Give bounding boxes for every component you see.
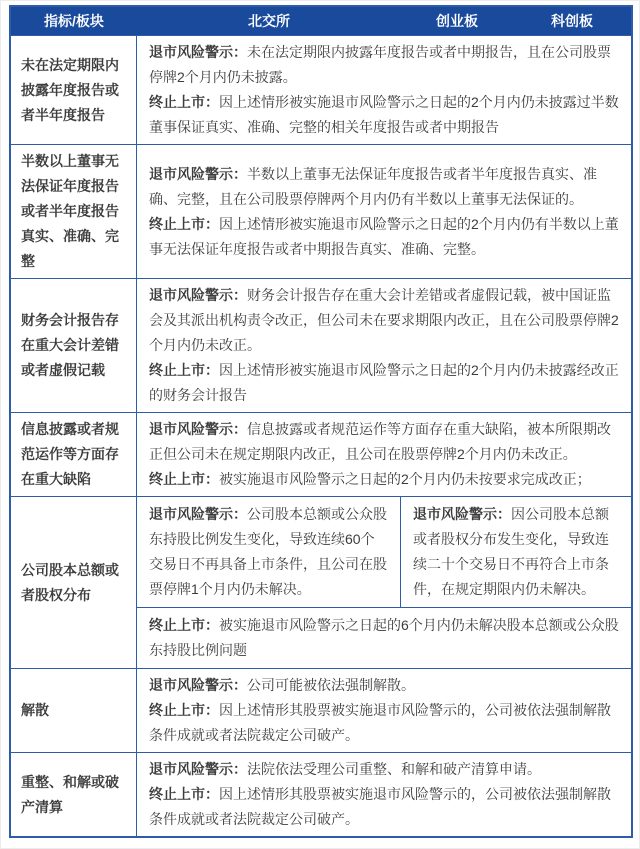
table-row-disclosure-defects: 信息披露或者规范运作等方面存在重大缺陷 退市风险警示：信息披露或者规范运作等方面… <box>11 412 631 496</box>
row-content: 退市风险警示：信息披露或者规范运作等方面存在重大缺陷，被本所限期改正但公司未在规… <box>137 413 631 496</box>
risk-warning-label: 退市风险警示： <box>149 506 247 522</box>
row-label: 财务会计报告存在重大会计差错或者虚假记载 <box>11 279 137 412</box>
table-header-row: 指标/板块 北交所 创业板 科创板 <box>11 7 631 35</box>
row-content: 退市风险警示：公司可能被依法强制解散。 终止上市：因上述情形其股票被实施退市风险… <box>137 669 631 752</box>
delisting-rules-page: 指标/板块 北交所 创业板 科创板 未在法定期限内披露年度报告或者半年度报告 退… <box>0 0 640 849</box>
risk-warning-label: 退市风险警示： <box>413 506 511 522</box>
row-label: 信息披露或者规范运作等方面存在重大缺陷 <box>11 413 137 496</box>
row-content: 退市风险警示：半数以上董事无法保证年度报告或者半年度报告真实、准确、完整，且在公… <box>137 145 631 278</box>
termination-text: 因上述情形其股票被实施退市风险警示的，公司被依法强制解散条件成就或者法院裁定公司… <box>149 786 611 827</box>
risk-warning-label: 退市风险警示： <box>149 761 247 777</box>
chinext-star-risk-warning-cell: 退市风险警示：因公司股本总额或者股权分布发生变化，导致连续二十个交易日不再符合上… <box>401 497 631 607</box>
table-row-dissolution: 解散 退市风险警示：公司可能被依法强制解散。 终止上市：因上述情形其股票被实施退… <box>11 668 631 752</box>
header-bse: 北交所 <box>137 9 401 34</box>
termination-text: 因上述情形被实施退市风险警示之日起的2个月内仍未披露过半数董事保证真实、准确、完… <box>149 94 619 135</box>
termination-label: 终止上市： <box>149 786 219 802</box>
bse-risk-warning-cell: 退市风险警示：公司股本总额或公众股东持股比例发生变化，导致连续60个交易日不再具… <box>137 497 401 607</box>
termination-label: 终止上市： <box>149 471 219 487</box>
termination-paragraph: 终止上市：因上述情形被实施退市风险警示之日起的2个月内仍未披露过半数董事保证真实… <box>149 90 619 140</box>
termination-paragraph: 终止上市：被实施退市风险警示之日起的2个月内仍未按要求完成改正； <box>149 467 619 492</box>
table-row-share-capital-distribution: 公司股本总额或者股权分布 退市风险警示：公司股本总额或公众股东持股比例发生变化，… <box>11 496 631 668</box>
header-star: 科创板 <box>513 9 631 34</box>
row-content: 退市风险警示：未在法定期限内披露年度报告或者中期报告，且在公司股票停牌2个月内仍… <box>137 36 631 144</box>
table-row-directors-cannot-guarantee: 半数以上董事无法保证年度报告或者半年度报告真实、准确、完整 退市风险警示：半数以… <box>11 144 631 278</box>
termination-text: 被实施退市风险警示之日起的6个月内仍未解决股本总额或公众股东持股比例问题 <box>149 617 619 658</box>
termination-label: 终止上市： <box>149 216 219 232</box>
termination-paragraph: 终止上市：因上述情形被实施退市风险警示之日起的2个月内仍有半数以上董事无法保证年… <box>149 212 619 262</box>
row-label: 解散 <box>11 669 137 752</box>
table-row-restructuring-bankruptcy: 重整、和解或破产清算 退市风险警示：法院依法受理公司重整、和解和破产清算申请。 … <box>11 752 631 836</box>
row-label: 未在法定期限内披露年度报告或者半年度报告 <box>11 36 137 144</box>
termination-text: 因上述情形其股票被实施退市风险警示的，公司被依法强制解散条件成就或者法院裁定公司… <box>149 702 611 743</box>
split-risk-warning-row: 退市风险警示：公司股本总额或公众股东持股比例发生变化，导致连续60个交易日不再具… <box>137 497 631 608</box>
risk-warning-label: 退市风险警示： <box>149 166 247 182</box>
termination-text: 因上述情形被实施退市风险警示之日起的2个月内仍有半数以上董事无法保证年度报告或者… <box>149 216 619 257</box>
termination-text: 被实施退市风险警示之日起的2个月内仍未按要求完成改正； <box>219 471 591 487</box>
risk-warning-label: 退市风险警示： <box>149 421 247 437</box>
table-row-annual-report-disclosure: 未在法定期限内披露年度报告或者半年度报告 退市风险警示：未在法定期限内披露年度报… <box>11 35 631 144</box>
termination-paragraph: 终止上市：被实施退市风险警示之日起的6个月内仍未解决股本总额或公众股东持股比例问… <box>149 613 619 663</box>
risk-warning-paragraph: 退市风险警示：半数以上董事无法保证年度报告或者半年度报告真实、准确、完整，且在公… <box>149 162 619 212</box>
termination-paragraph: 终止上市：因上述情形其股票被实施退市风险警示的，公司被依法强制解散条件成就或者法… <box>149 782 619 832</box>
termination-paragraph: 终止上市：因上述情形被实施退市风险警示之日起的2个月内仍未披露经改正的财务会计报… <box>149 358 619 408</box>
row-label: 半数以上董事无法保证年度报告或者半年度报告真实、准确、完整 <box>11 145 137 278</box>
risk-warning-label: 退市风险警示： <box>149 677 247 693</box>
risk-warning-paragraph: 退市风险警示：公司股本总额或公众股东持股比例发生变化，导致连续60个交易日不再具… <box>149 502 388 602</box>
risk-warning-paragraph: 退市风险警示：未在法定期限内披露年度报告或者中期报告，且在公司股票停牌2个月内仍… <box>149 40 619 90</box>
risk-warning-label: 退市风险警示： <box>149 287 247 303</box>
row-content: 退市风险警示：法院依法受理公司重整、和解和破产清算申请。 终止上市：因上述情形其… <box>137 753 631 836</box>
delisting-comparison-table: 指标/板块 北交所 创业板 科创板 未在法定期限内披露年度报告或者半年度报告 退… <box>9 5 633 838</box>
risk-warning-text: 法院依法受理公司重整、和解和破产清算申请。 <box>247 761 541 777</box>
row-label: 公司股本总额或者股权分布 <box>11 497 137 668</box>
termination-label: 终止上市： <box>149 702 219 718</box>
termination-label: 终止上市： <box>149 362 219 378</box>
risk-warning-label: 退市风险警示： <box>149 44 247 60</box>
table-row-financial-report-errors: 财务会计报告存在重大会计差错或者虚假记载 退市风险警示：财务会计报告存在重大会计… <box>11 278 631 412</box>
termination-label: 终止上市： <box>149 94 219 110</box>
termination-cell: 终止上市：被实施退市风险警示之日起的6个月内仍未解决股本总额或公众股东持股比例问… <box>137 608 631 668</box>
termination-text: 因上述情形被实施退市风险警示之日起的2个月内仍未披露经改正的财务会计报告 <box>149 362 619 403</box>
row-label: 重整、和解或破产清算 <box>11 753 137 836</box>
risk-warning-paragraph: 退市风险警示：信息披露或者规范运作等方面存在重大缺陷，被本所限期改正但公司未在规… <box>149 417 619 467</box>
row-content: 退市风险警示：财务会计报告存在重大会计差错或者虚假记载，被中国证监会及其派出机构… <box>137 279 631 412</box>
risk-warning-paragraph: 退市风险警示：公司可能被依法强制解散。 <box>149 673 619 698</box>
risk-warning-paragraph: 退市风险警示：因公司股本总额或者股权分布发生变化，导致连续二十个交易日不再符合上… <box>413 502 619 602</box>
risk-warning-paragraph: 退市风险警示：法院依法受理公司重整、和解和破产清算申请。 <box>149 757 619 782</box>
termination-label: 终止上市： <box>149 617 219 633</box>
termination-paragraph: 终止上市：因上述情形其股票被实施退市风险警示的，公司被依法强制解散条件成就或者法… <box>149 698 619 748</box>
risk-warning-paragraph: 退市风险警示：财务会计报告存在重大会计差错或者虚假记载，被中国证监会及其派出机构… <box>149 283 619 358</box>
header-indicator: 指标/板块 <box>11 9 137 34</box>
header-chinext: 创业板 <box>401 9 513 34</box>
row-content-split: 退市风险警示：公司股本总额或公众股东持股比例发生变化，导致连续60个交易日不再具… <box>137 497 631 668</box>
risk-warning-text: 公司可能被依法强制解散。 <box>247 677 415 693</box>
